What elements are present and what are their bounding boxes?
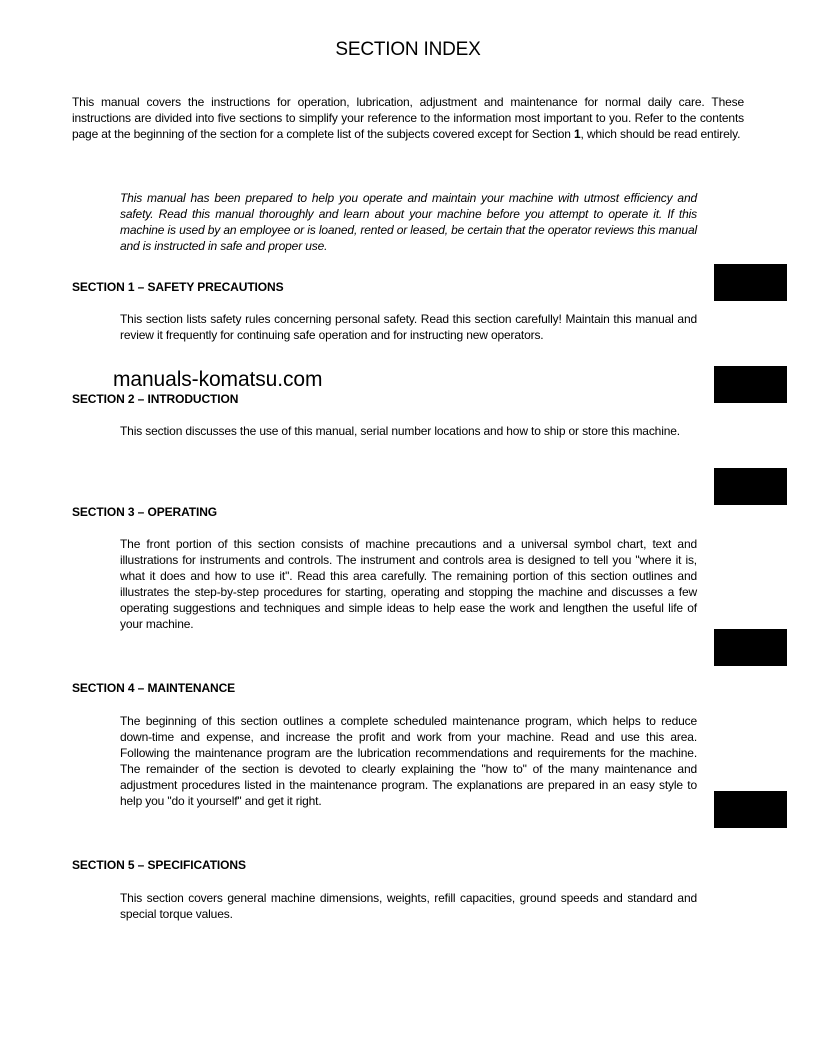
watermark: manuals-komatsu.com [113,367,322,393]
index-tab-section-2[interactable] [714,366,787,403]
section-1-heading: SECTION 1 – SAFETY PRECAUTIONS [72,279,283,295]
index-tab-section-4[interactable] [714,629,787,666]
section-5-heading: SECTION 5 – SPECIFICATIONS [72,857,246,873]
index-tab-section-1[interactable] [714,264,787,301]
section-4-heading: SECTION 4 – MAINTENANCE [72,680,235,696]
section-2-body: This section discusses the use of this m… [120,423,697,439]
section-4-body: The beginning of this section outlines a… [120,713,697,809]
notice-paragraph: This manual has been prepared to help yo… [120,190,697,254]
intro-paragraph: This manual covers the instructions for … [72,94,744,142]
section-3-heading: SECTION 3 – OPERATING [72,504,217,520]
index-tab-section-3[interactable] [714,468,787,505]
section-1-body: This section lists safety rules concerni… [120,311,697,343]
index-tab-section-5[interactable] [714,791,787,828]
section-2-heading: SECTION 2 – INTRODUCTION [72,391,238,407]
section-3-body: The front portion of this section consis… [120,536,697,632]
page-title: SECTION INDEX [0,38,816,62]
section-5-body: This section covers general machine dime… [120,890,697,922]
